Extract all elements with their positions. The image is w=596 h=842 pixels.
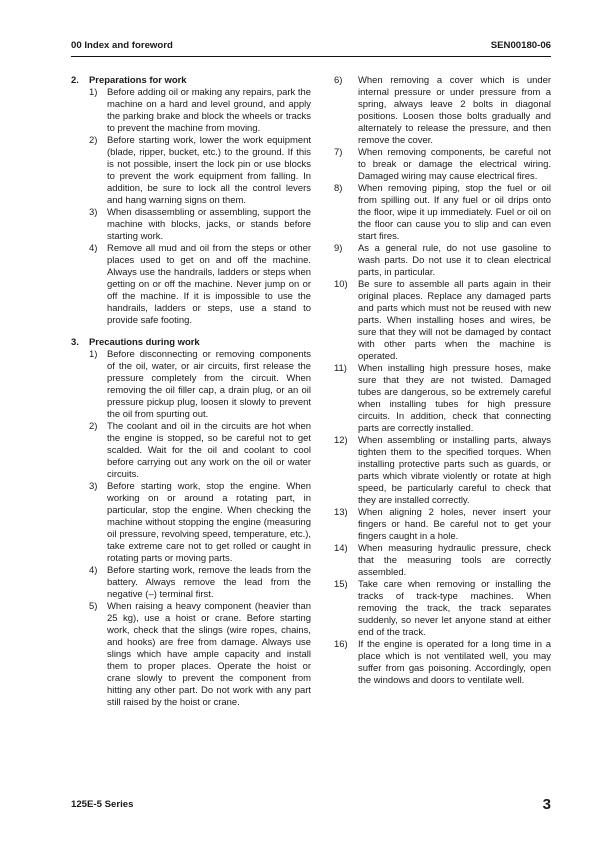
item-number: 13) bbox=[334, 507, 348, 519]
item-text: As a general rule, do not use gasoline t… bbox=[358, 243, 551, 278]
item-number: 1) bbox=[89, 349, 97, 361]
list-item: 16)If the engine is operated for a long … bbox=[334, 639, 551, 687]
item-number: 12) bbox=[334, 435, 348, 447]
item-text: When measuring hydraulic pressure, check… bbox=[358, 543, 551, 578]
item-number: 11) bbox=[334, 363, 347, 375]
item-text: Before adding oil or making any repairs,… bbox=[107, 87, 311, 134]
list-item: 1)Before adding oil or making any repair… bbox=[71, 87, 311, 135]
section-number: 3. bbox=[71, 337, 79, 349]
header-doc-code: SEN00180-06 bbox=[491, 40, 551, 51]
item-text: Take care when removing or installing th… bbox=[358, 579, 551, 638]
list-item: 1)Before disconnecting or removing compo… bbox=[71, 349, 311, 421]
page-number: 3 bbox=[543, 796, 551, 813]
section-title: Precautions during work bbox=[89, 337, 200, 348]
header-rule bbox=[71, 56, 551, 57]
item-text: Before starting work, remove the leads f… bbox=[107, 565, 311, 600]
section-number: 2. bbox=[71, 75, 79, 87]
list-item: 10)Be sure to assemble all parts again i… bbox=[334, 279, 551, 363]
item-text: Before disconnecting or removing compone… bbox=[107, 349, 311, 420]
section-preparations: 2. Preparations for work 1)Before adding… bbox=[71, 75, 311, 327]
item-number: 10) bbox=[334, 279, 348, 291]
list-item: 13)When aligning 2 holes, never insert y… bbox=[334, 507, 551, 543]
page-header: 00 Index and foreword SEN00180-06 bbox=[71, 40, 551, 54]
section-precautions: 3. Precautions during work 1)Before disc… bbox=[71, 337, 311, 709]
item-text: When removing a cover which is under int… bbox=[358, 75, 551, 146]
item-text: When aligning 2 holes, never insert your… bbox=[358, 507, 551, 542]
list-item: 14)When measuring hydraulic pressure, ch… bbox=[334, 543, 551, 579]
item-text: When removing components, be careful not… bbox=[358, 147, 551, 182]
section-heading: 3. Precautions during work bbox=[71, 337, 311, 349]
list-item: 4)Before starting work, remove the leads… bbox=[71, 565, 311, 601]
item-number: 5) bbox=[89, 601, 97, 613]
item-number: 4) bbox=[89, 565, 97, 577]
list-item: 7)When removing components, be careful n… bbox=[334, 147, 551, 183]
item-text: Before starting work, stop the engine. W… bbox=[107, 481, 311, 564]
item-number: 8) bbox=[334, 183, 342, 195]
item-text: Remove all mud and oil from the steps or… bbox=[107, 243, 311, 326]
item-number: 15) bbox=[334, 579, 348, 591]
item-text: When installing high pressure hoses, mak… bbox=[358, 363, 551, 434]
item-number: 3) bbox=[89, 481, 97, 493]
item-number: 2) bbox=[89, 135, 97, 147]
footer-series: 125E-5 Series bbox=[71, 799, 133, 810]
item-number: 16) bbox=[334, 639, 348, 651]
item-number: 14) bbox=[334, 543, 348, 555]
list-item: 12)When assembling or installing parts, … bbox=[334, 435, 551, 507]
item-number: 6) bbox=[334, 75, 342, 87]
item-number: 1) bbox=[89, 87, 97, 99]
item-text: If the engine is operated for a long tim… bbox=[358, 639, 551, 686]
list-item: 3)When disassembling or assembling, supp… bbox=[71, 207, 311, 243]
item-number: 2) bbox=[89, 421, 97, 433]
item-number: 9) bbox=[334, 243, 342, 255]
right-column: 6)When removing a cover which is under i… bbox=[334, 75, 551, 687]
item-text: The coolant and oil in the circuits are … bbox=[107, 421, 311, 480]
section-heading: 2. Preparations for work bbox=[71, 75, 311, 87]
item-number: 4) bbox=[89, 243, 97, 255]
list-item: 5)When raising a heavy component (heavie… bbox=[71, 601, 311, 709]
list-item: 9)As a general rule, do not use gasoline… bbox=[334, 243, 551, 279]
item-text: Be sure to assemble all parts again in t… bbox=[358, 279, 551, 362]
item-text: When disassembling or assembling, suppor… bbox=[107, 207, 311, 242]
left-column: 2. Preparations for work 1)Before adding… bbox=[71, 75, 311, 719]
section-title: Preparations for work bbox=[89, 75, 187, 86]
list-item: 11)When installing high pressure hoses, … bbox=[334, 363, 551, 435]
page-footer: 125E-5 Series 3 bbox=[71, 796, 551, 816]
item-number: 7) bbox=[334, 147, 342, 159]
list-item: 6)When removing a cover which is under i… bbox=[334, 75, 551, 147]
item-text: When removing piping, stop the fuel or o… bbox=[358, 183, 551, 242]
list-item: 8)When removing piping, stop the fuel or… bbox=[334, 183, 551, 243]
item-text: When raising a heavy component (heavier … bbox=[107, 601, 311, 708]
item-number: 3) bbox=[89, 207, 97, 219]
item-text: When assembling or installing parts, alw… bbox=[358, 435, 551, 506]
list-item: 4)Remove all mud and oil from the steps … bbox=[71, 243, 311, 327]
list-item: 2)The coolant and oil in the circuits ar… bbox=[71, 421, 311, 481]
list-item: 3)Before starting work, stop the engine.… bbox=[71, 481, 311, 565]
header-section-title: 00 Index and foreword bbox=[71, 40, 173, 51]
item-text: Before starting work, lower the work equ… bbox=[107, 135, 311, 206]
list-item: 15)Take care when removing or installing… bbox=[334, 579, 551, 639]
list-item: 2)Before starting work, lower the work e… bbox=[71, 135, 311, 207]
